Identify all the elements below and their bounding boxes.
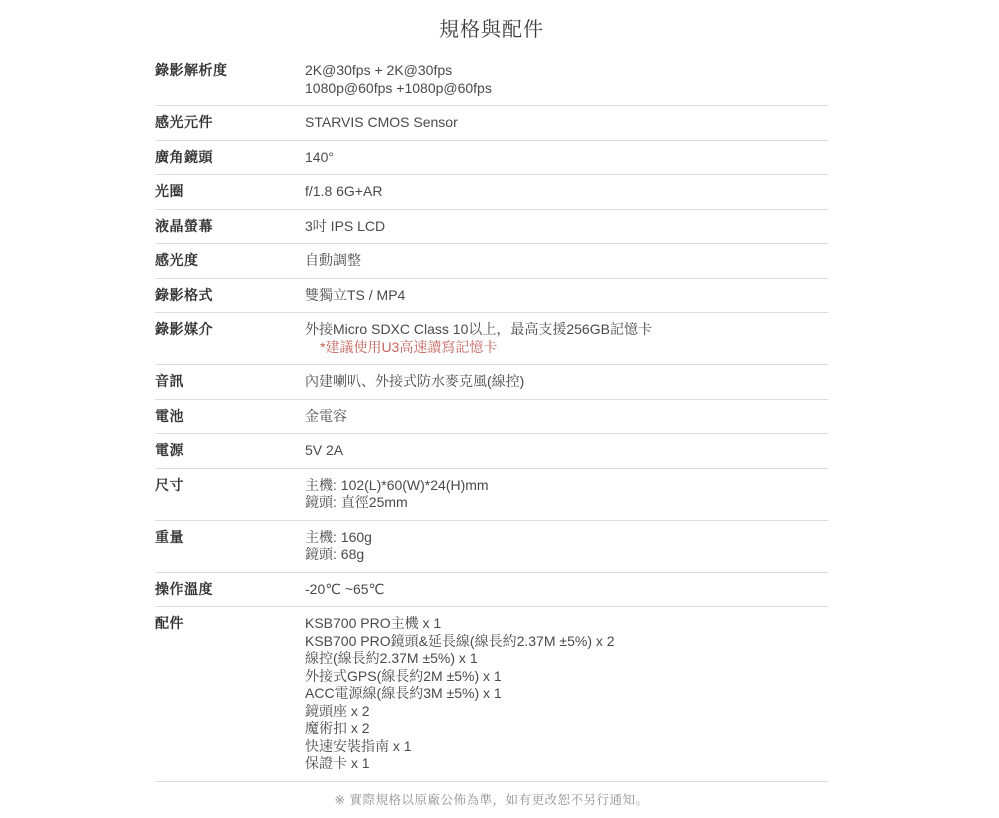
spec-row: 操作溫度-20℃ ~65℃ [155,573,828,608]
spec-value-line: -20℃ ~65℃ [305,581,828,599]
footer-disclaimer: ※ 實際規格以原廠公佈為準，如有更改恕不另行通知。 [155,782,828,814]
spec-value-line: 金電容 [305,408,828,426]
spec-value: 5V 2A [305,442,828,460]
spec-value-line: KSB700 PRO鏡頭&延長線(線長約2.37M ±5%) x 2 [305,633,828,651]
spec-label: 廣角鏡頭 [155,149,305,167]
spec-value-line: 鏡頭座 x 2 [305,703,828,721]
spec-value: STARVIS CMOS Sensor [305,114,828,132]
spec-label: 錄影解析度 [155,62,305,80]
spec-value-line: 外接Micro SDXC Class 10以上，最高支援256GB記憶卡 [305,321,828,339]
spec-row: 音訊內建喇叭、外接式防水麥克風(線控) [155,365,828,400]
spec-content: 規格與配件 錄影解析度2K@30fps + 2K@30fps1080p@60fp… [155,0,828,814]
spec-row: 錄影媒介外接Micro SDXC Class 10以上，最高支援256GB記憶卡… [155,313,828,365]
spec-value-line: f/1.8 6G+AR [305,183,828,201]
spec-page: 規格與配件 錄影解析度2K@30fps + 2K@30fps1080p@60fp… [0,0,999,818]
spec-value-line: 1080p@60fps +1080p@60fps [305,80,828,98]
spec-label: 液晶螢幕 [155,218,305,236]
spec-value: 內建喇叭、外接式防水麥克風(線控) [305,373,828,391]
page-title: 規格與配件 [155,0,828,54]
spec-label: 感光度 [155,252,305,270]
spec-label: 尺寸 [155,477,305,495]
spec-row: 尺寸主機: 102(L)*60(W)*24(H)mm鏡頭: 直徑25mm [155,469,828,521]
spec-value: 2K@30fps + 2K@30fps1080p@60fps +1080p@60… [305,62,828,97]
spec-value-line: 外接式GPS(線長約2M ±5%) x 1 [305,668,828,686]
spec-value: KSB700 PRO主機 x 1KSB700 PRO鏡頭&延長線(線長約2.37… [305,615,828,773]
spec-value: 外接Micro SDXC Class 10以上，最高支援256GB記憶卡*建議使… [305,321,828,356]
spec-value-line: 140° [305,149,828,167]
spec-label: 配件 [155,615,305,633]
spec-value-line: 鏡頭: 68g [305,546,828,564]
spec-value-line: 主機: 160g [305,529,828,547]
spec-row: 錄影格式雙獨立TS / MP4 [155,279,828,314]
spec-row: 電池金電容 [155,400,828,435]
spec-value-note: *建議使用U3高速讀寫記憶卡 [305,339,828,357]
spec-value: -20℃ ~65℃ [305,581,828,599]
spec-value-line: 魔術扣 x 2 [305,720,828,738]
spec-label: 錄影格式 [155,287,305,305]
spec-row: 錄影解析度2K@30fps + 2K@30fps1080p@60fps +108… [155,54,828,106]
spec-value-line: KSB700 PRO主機 x 1 [305,615,828,633]
spec-value: 金電容 [305,408,828,426]
spec-value-line: 自動調整 [305,252,828,270]
spec-value-line: 5V 2A [305,442,828,460]
spec-value-line: 2K@30fps + 2K@30fps [305,62,828,80]
spec-value: 140° [305,149,828,167]
spec-label: 音訊 [155,373,305,391]
spec-label: 錄影媒介 [155,321,305,339]
spec-value-line: 保證卡 x 1 [305,755,828,773]
spec-value-line: 3吋 IPS LCD [305,218,828,236]
spec-value: 3吋 IPS LCD [305,218,828,236]
spec-label: 光圈 [155,183,305,201]
spec-value-line: 鏡頭: 直徑25mm [305,494,828,512]
spec-label: 電源 [155,442,305,460]
spec-table: 錄影解析度2K@30fps + 2K@30fps1080p@60fps +108… [155,54,828,782]
spec-value: 自動調整 [305,252,828,270]
spec-row: 廣角鏡頭140° [155,141,828,176]
spec-label: 電池 [155,408,305,426]
spec-value: 雙獨立TS / MP4 [305,287,828,305]
spec-label: 操作溫度 [155,581,305,599]
spec-value-line: 線控(線長約2.37M ±5%) x 1 [305,650,828,668]
spec-label: 感光元件 [155,114,305,132]
spec-label: 重量 [155,529,305,547]
spec-value: 主機: 160g鏡頭: 68g [305,529,828,564]
spec-row: 光圈f/1.8 6G+AR [155,175,828,210]
spec-value-line: 內建喇叭、外接式防水麥克風(線控) [305,373,828,391]
spec-row: 感光度自動調整 [155,244,828,279]
spec-row: 感光元件STARVIS CMOS Sensor [155,106,828,141]
spec-value-line: STARVIS CMOS Sensor [305,114,828,132]
spec-row: 重量主機: 160g鏡頭: 68g [155,521,828,573]
spec-value-line: ACC電源線(線長約3M ±5%) x 1 [305,685,828,703]
spec-row: 液晶螢幕3吋 IPS LCD [155,210,828,245]
spec-value: f/1.8 6G+AR [305,183,828,201]
spec-value-line: 雙獨立TS / MP4 [305,287,828,305]
spec-row: 電源5V 2A [155,434,828,469]
spec-value-line: 主機: 102(L)*60(W)*24(H)mm [305,477,828,495]
spec-value: 主機: 102(L)*60(W)*24(H)mm鏡頭: 直徑25mm [305,477,828,512]
spec-value-line: 快速安裝指南 x 1 [305,738,828,756]
spec-row: 配件KSB700 PRO主機 x 1KSB700 PRO鏡頭&延長線(線長約2.… [155,607,828,782]
